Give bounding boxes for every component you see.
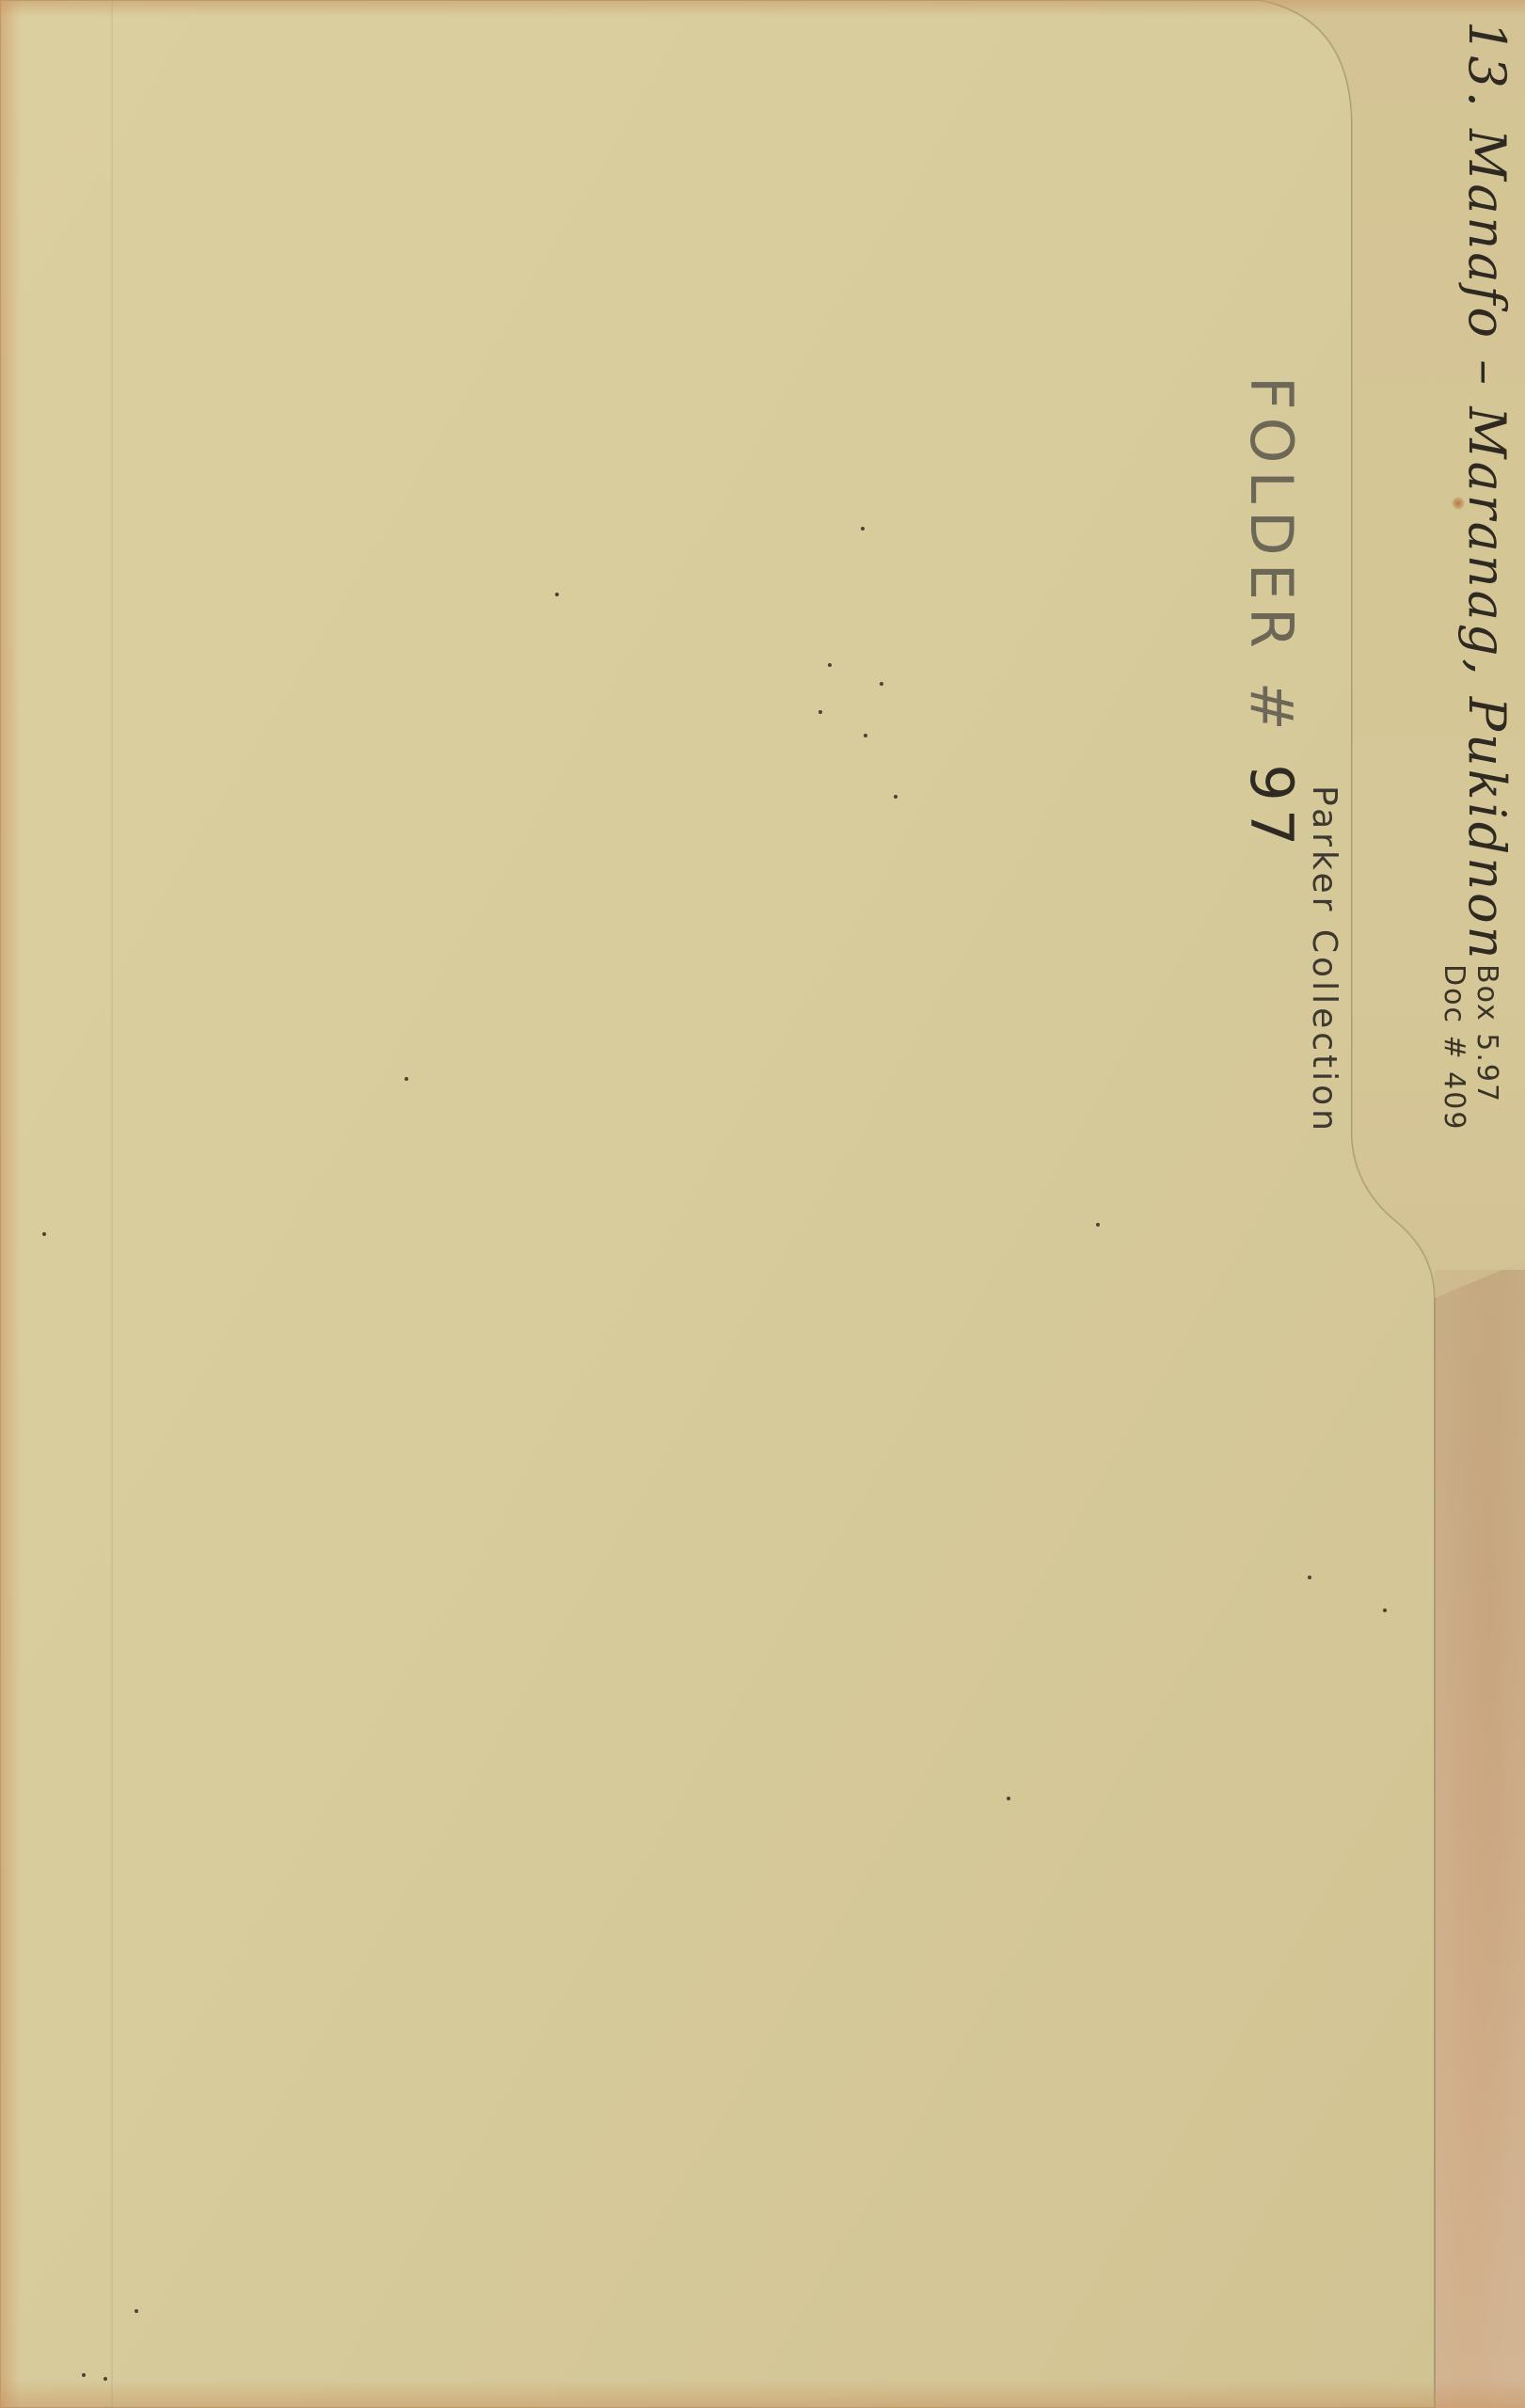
speck [1096,1223,1100,1227]
speck [828,663,832,667]
fold-crease [111,0,113,2408]
speck [880,682,883,686]
rust-spot [1452,497,1465,510]
box-number-label: Box 5.97 [1470,964,1503,1103]
speck [894,795,898,799]
speck [861,527,865,531]
folder-label-prefix: FOLDER # [1237,376,1306,738]
speck [818,710,822,714]
edge-stain [0,0,1525,17]
speck [555,593,559,596]
edge-stain [0,2380,1525,2408]
speck [135,2309,138,2313]
speck [82,2373,86,2377]
scanned-page: 13. Manafo – Maranag, Pukidnon Box 5.97 … [0,0,1525,2408]
folder-number-label: FOLDER # 97 [1237,376,1306,853]
edge-stain [0,0,21,2408]
speck [42,1232,46,1236]
speck [864,734,867,737]
folder-front-panel [0,0,1525,2408]
speck [1308,1576,1311,1579]
speck [405,1077,408,1081]
collection-label: Parker Collection [1305,785,1343,1134]
speck [1007,1797,1010,1800]
speck [1383,1608,1387,1612]
doc-number-label: Doc # 409 [1438,964,1470,1131]
folder-number: 97 [1237,764,1306,853]
tab-label: 13. Manafo – Maranag, Pukidnon [1457,21,1517,961]
speck [103,2377,107,2381]
